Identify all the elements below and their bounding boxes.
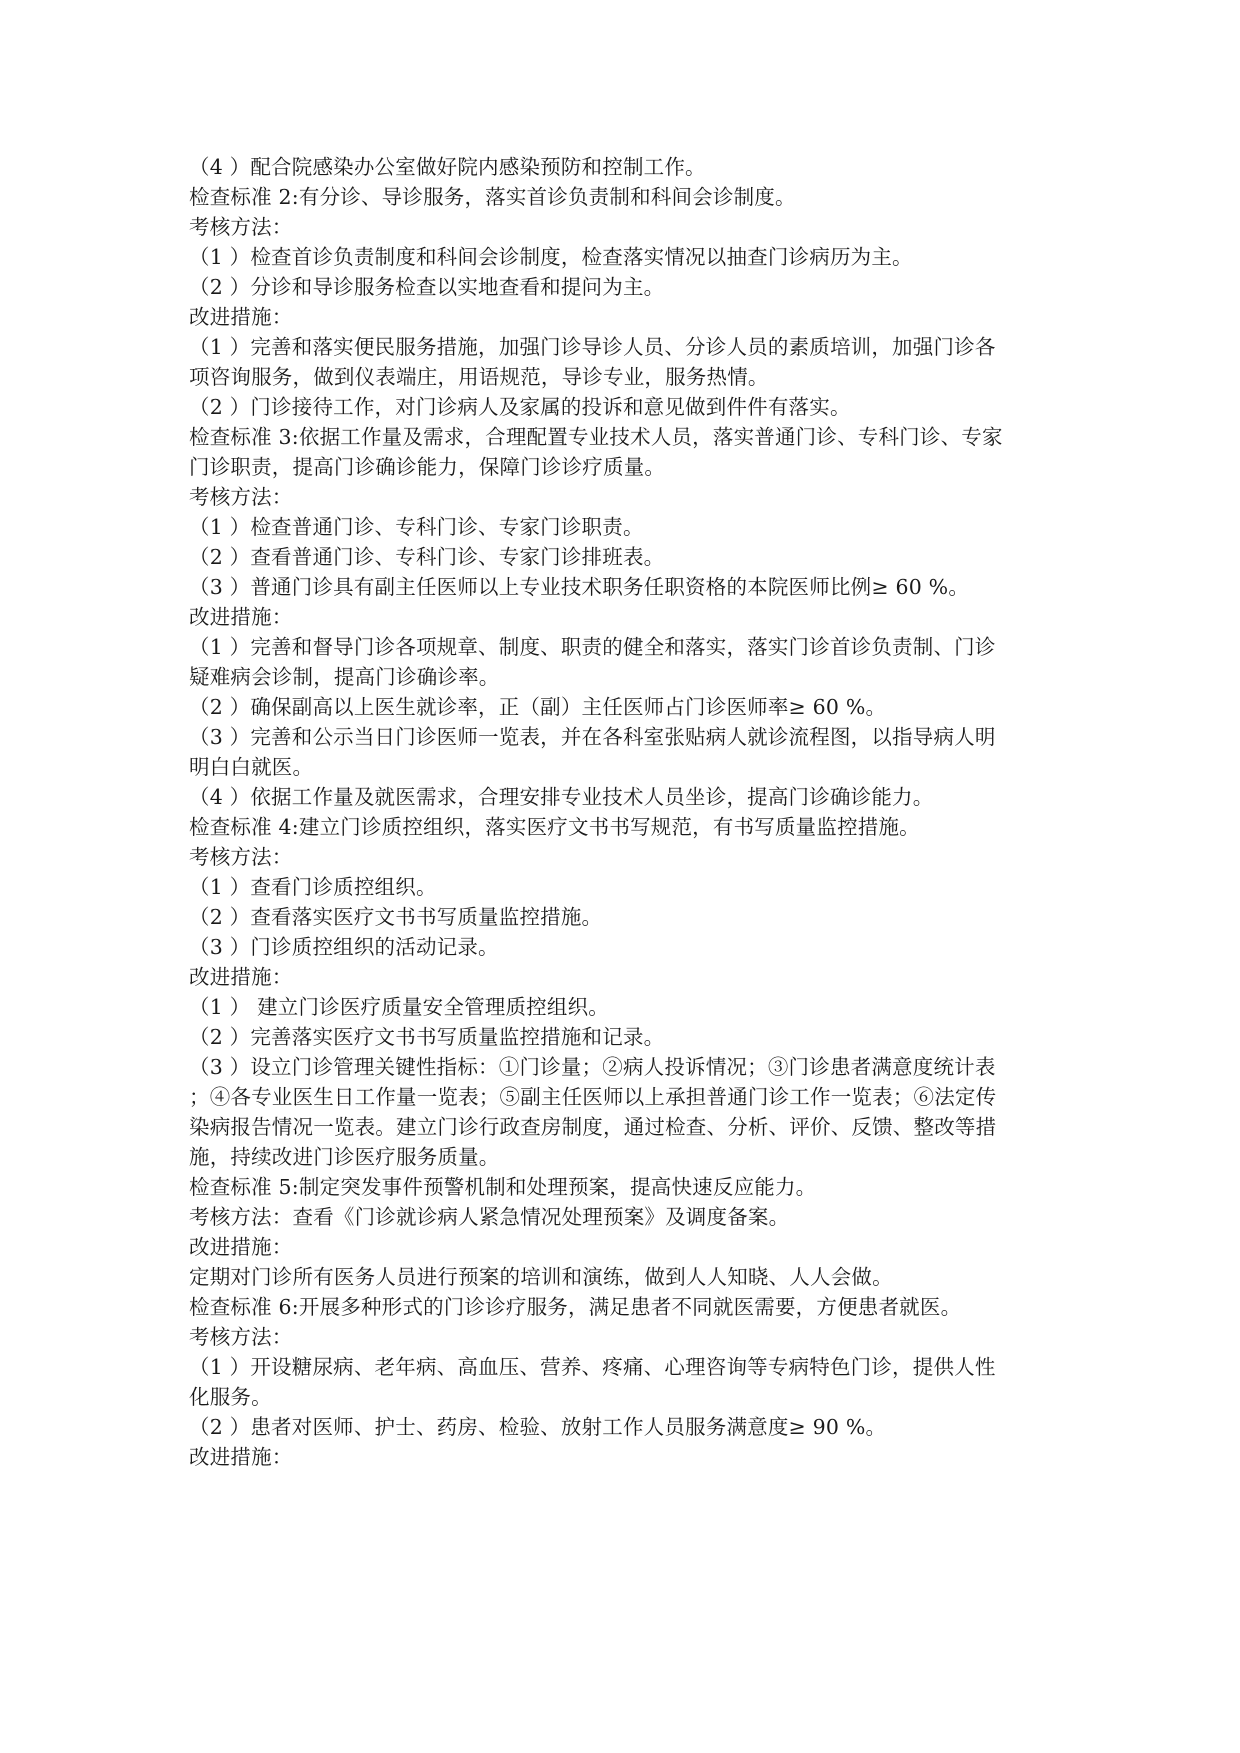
assessment-method-label: 考核方法： bbox=[189, 482, 1059, 512]
standard-4-heading: 检查标准 4:建立门诊质控组织，落实医疗文书书写规范，有书写质量监控措施。 bbox=[189, 812, 1059, 842]
standard-3-heading: 检查标准 3:依据工作量及需求，合理配置专业技术人员，落实普通门诊、专科门诊、专… bbox=[189, 422, 1059, 452]
list-item: （2 ）完善落实医疗文书书写质量监控措施和记录。 bbox=[189, 1022, 1059, 1052]
improvement-measures-label: 改进措施： bbox=[189, 302, 1059, 332]
list-item: （3 ）设立门诊管理关键性指标：①门诊量；②病人投诉情况；③门诊患者满意度统计表 bbox=[189, 1052, 1059, 1082]
list-item: （1 ）完善和落实便民服务措施，加强门诊导诊人员、分诊人员的素质培训，加强门诊各 bbox=[189, 332, 1059, 362]
list-item: （4 ）依据工作量及就医需求，合理安排专业技术人员坐诊，提高门诊确诊能力。 bbox=[189, 782, 1059, 812]
list-item: （3 ）完善和公示当日门诊医师一览表，并在各科室张贴病人就诊流程图，以指导病人明 bbox=[189, 722, 1059, 752]
improvement-measures-label: 改进措施： bbox=[189, 962, 1059, 992]
list-item: （2 ）确保副高以上医生就诊率，正（副）主任医师占门诊医师率≥ 60 %。 bbox=[189, 692, 1059, 722]
list-item: （1 ）检查普通门诊、专科门诊、专家门诊职责。 bbox=[189, 512, 1059, 542]
list-item-continuation: 疑难病会诊制，提高门诊确诊率。 bbox=[189, 662, 1059, 692]
document-page: （4 ）配合院感染办公室做好院内感染预防和控制工作。 检查标准 2:有分诊、导诊… bbox=[189, 152, 1059, 1472]
improvement-measures-label: 改进措施： bbox=[189, 1232, 1059, 1262]
list-item: （3 ）门诊质控组织的活动记录。 bbox=[189, 932, 1059, 962]
assessment-method-label: 考核方法： bbox=[189, 212, 1059, 242]
list-item-infection-control: （4 ）配合院感染办公室做好院内感染预防和控制工作。 bbox=[189, 152, 1059, 182]
list-item: （2 ）查看落实医疗文书书写质量监控措施。 bbox=[189, 902, 1059, 932]
list-item-continuation: 明白白就医。 bbox=[189, 752, 1059, 782]
standard-5-heading: 检查标准 5:制定突发事件预警机制和处理预案，提高快速反应能力。 bbox=[189, 1172, 1059, 1202]
list-item: （1 ）检查首诊负责制度和科间会诊制度，检查落实情况以抽查门诊病历为主。 bbox=[189, 242, 1059, 272]
list-item: （2 ）分诊和导诊服务检查以实地查看和提问为主。 bbox=[189, 272, 1059, 302]
improvement-measures-label: 改进措施： bbox=[189, 602, 1059, 632]
assessment-method-label: 考核方法： bbox=[189, 1322, 1059, 1352]
assessment-method-label: 考核方法： bbox=[189, 842, 1059, 872]
list-item: （1 ）开设糖尿病、老年病、高血压、营养、疼痛、心理咨询等专病特色门诊，提供人性 bbox=[189, 1352, 1059, 1382]
list-item: （3 ）普通门诊具有副主任医师以上专业技术职务任职资格的本院医师比例≥ 60 %… bbox=[189, 572, 1059, 602]
list-item: （2 ）门诊接待工作，对门诊病人及家属的投诉和意见做到件件有落实。 bbox=[189, 392, 1059, 422]
list-item: （1 ）查看门诊质控组织。 bbox=[189, 872, 1059, 902]
assessment-method-label: 考核方法：查看《门诊就诊病人紧急情况处理预案》及调度备案。 bbox=[189, 1202, 1059, 1232]
list-item-continuation: 项咨询服务，做到仪表端庄，用语规范，导诊专业，服务热情。 bbox=[189, 362, 1059, 392]
list-item: （2 ）患者对医师、护士、药房、检验、放射工作人员服务满意度≥ 90 %。 bbox=[189, 1412, 1059, 1442]
list-item-continuation: 施，持续改进门诊医疗服务质量。 bbox=[189, 1142, 1059, 1172]
list-item-continuation: 化服务。 bbox=[189, 1382, 1059, 1412]
list-item-continuation: ；④各专业医生日工作量一览表；⑤副主任医师以上承担普通门诊工作一览表；⑥法定传 bbox=[189, 1082, 1059, 1112]
list-item: （1 ）完善和督导门诊各项规章、制度、职责的健全和落实，落实门诊首诊负责制、门诊 bbox=[189, 632, 1059, 662]
list-item: （2 ）查看普通门诊、专科门诊、专家门诊排班表。 bbox=[189, 542, 1059, 572]
standard-3-heading-continuation: 门诊职责，提高门诊确诊能力，保障门诊诊疗质量。 bbox=[189, 452, 1059, 482]
standard-2-heading: 检查标准 2:有分诊、导诊服务，落实首诊负责制和科间会诊制度。 bbox=[189, 182, 1059, 212]
improvement-measures-label: 改进措施： bbox=[189, 1442, 1059, 1472]
paragraph: 定期对门诊所有医务人员进行预案的培训和演练，做到人人知晓、人人会做。 bbox=[189, 1262, 1059, 1292]
standard-6-heading: 检查标准 6:开展多种形式的门诊诊疗服务，满足患者不同就医需要，方便患者就医。 bbox=[189, 1292, 1059, 1322]
list-item: （1 ） 建立门诊医疗质量安全管理质控组织。 bbox=[189, 992, 1059, 1022]
list-item-continuation: 染病报告情况一览表。建立门诊行政查房制度，通过检查、分析、评价、反馈、整改等措 bbox=[189, 1112, 1059, 1142]
